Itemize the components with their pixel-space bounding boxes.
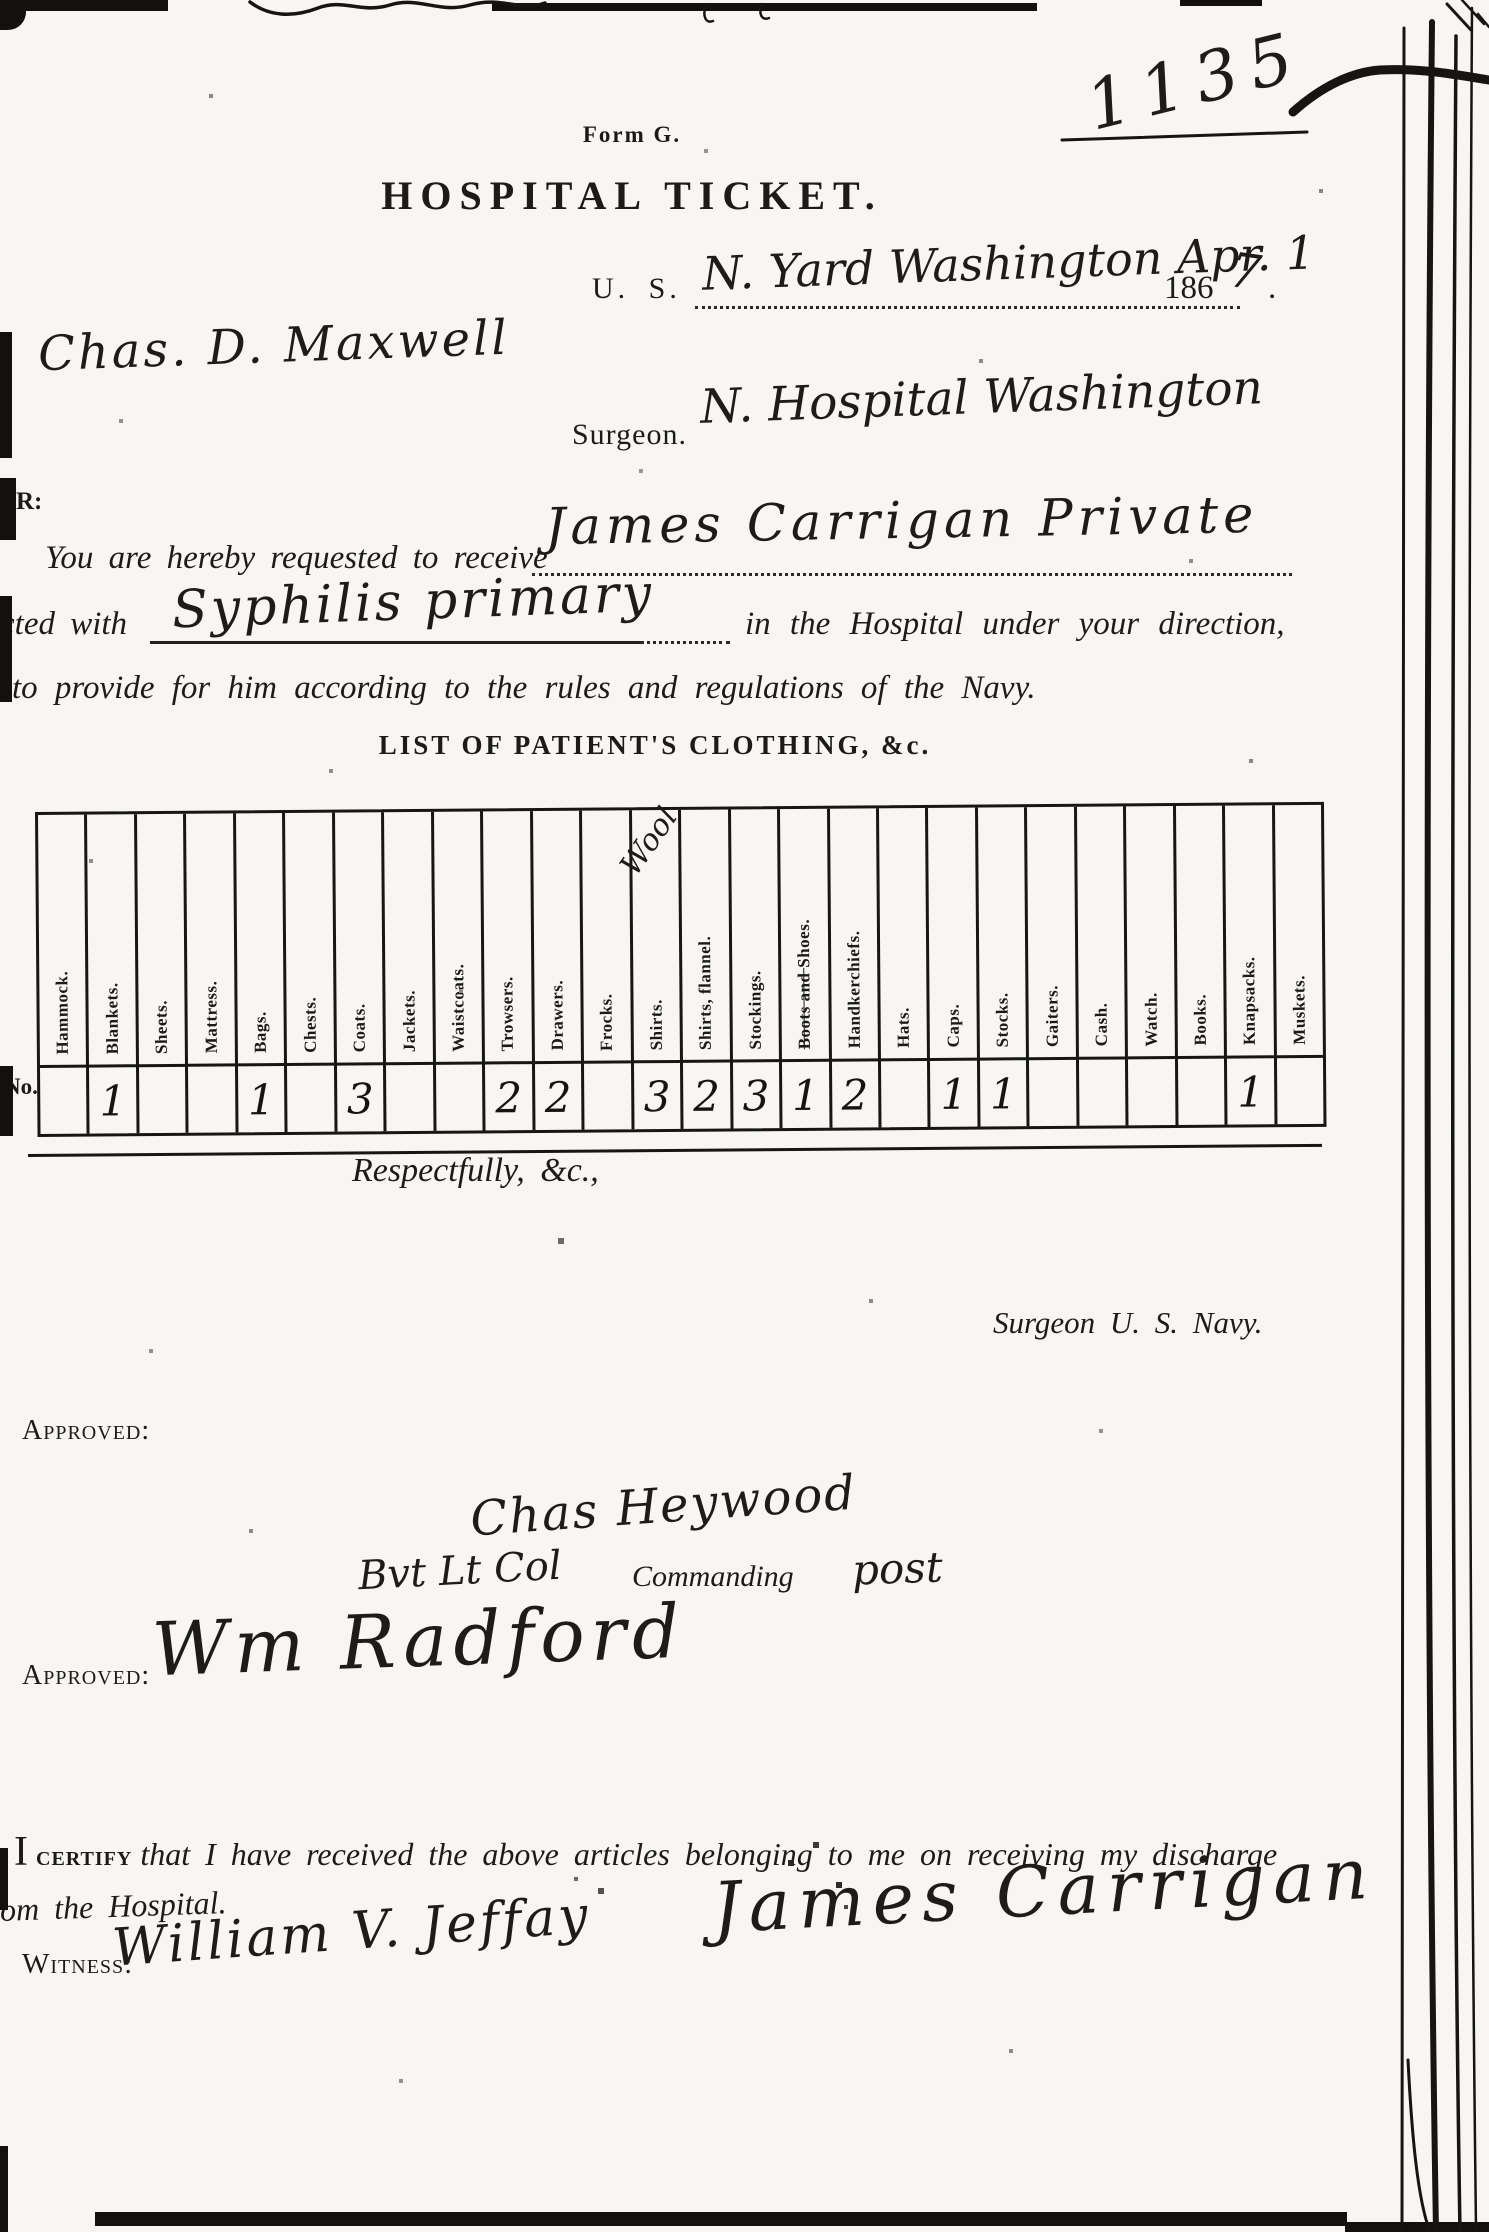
date-prefix: U. S. xyxy=(592,272,681,306)
column-value: 2 xyxy=(831,1061,878,1127)
scan-bar-top-mid xyxy=(492,3,1037,11)
column-value xyxy=(881,1061,928,1127)
column-value xyxy=(40,1068,87,1134)
salutation: R: xyxy=(16,488,42,516)
column-value: 1 xyxy=(782,1062,829,1128)
column-header: Hats. xyxy=(879,808,927,1061)
clothing-column-cash: Cash. xyxy=(1077,806,1129,1125)
column-value: 1 xyxy=(89,1067,136,1133)
clothing-table: Hammock.Blankets.1Sheets.Mattress.Bags.1… xyxy=(35,802,1327,1137)
binding-line-b xyxy=(1428,22,1436,2232)
date-year-printed: 186 xyxy=(1164,270,1214,307)
clothing-column-trowsers: Trowsers.2 xyxy=(483,811,535,1130)
clothing-column-stockings: Stockings.3 xyxy=(731,809,783,1128)
column-header: Shirts, flannel. xyxy=(681,810,729,1063)
column-header: Handkerchiefs. xyxy=(829,808,877,1061)
scan-mark-left-5 xyxy=(0,1848,8,1910)
clothing-column-caps: Caps.1 xyxy=(928,808,980,1127)
column-header: Watch. xyxy=(1126,806,1174,1059)
column-value xyxy=(1128,1059,1175,1125)
clothing-column-boots-and-shoes: Boots and Shoes.1 xyxy=(780,809,832,1128)
clothing-column-coats: Coats.3 xyxy=(335,812,387,1131)
binding-line-e xyxy=(1408,2060,1430,2232)
column-header: Coats. xyxy=(335,812,383,1065)
clothing-column-sheets: Sheets. xyxy=(137,814,189,1133)
clothing-column-gaiters: Gaiters. xyxy=(1027,807,1079,1126)
binding-line-c xyxy=(1453,36,1460,2232)
clothing-column-chests: Chests. xyxy=(285,813,337,1132)
clothing-column-hammock: Hammock. xyxy=(38,815,90,1134)
column-header: Books. xyxy=(1176,806,1224,1059)
column-value xyxy=(584,1063,631,1129)
column-header: Caps. xyxy=(928,808,976,1061)
column-value: 3 xyxy=(733,1062,780,1128)
column-header: Jackets. xyxy=(384,812,432,1065)
clothing-column-bags: Bags.1 xyxy=(236,813,288,1132)
corner-scratch-3 xyxy=(1478,14,1489,27)
provide-line: to provide for him according to the rule… xyxy=(12,670,1036,707)
column-header: Trowsers. xyxy=(483,811,531,1064)
corner-scratch-1 xyxy=(1447,4,1471,30)
date-year-handwritten: 7 xyxy=(1226,242,1264,302)
page-title: HOSPITAL TICKET. xyxy=(0,172,1264,219)
column-header: Sheets. xyxy=(137,814,185,1067)
column-value xyxy=(287,1066,334,1132)
column-value: 3 xyxy=(634,1063,681,1129)
scan-bar-top-right xyxy=(1180,0,1262,6)
date-handwritten: N. Yard Washington Apr. 1 xyxy=(701,225,1316,300)
commanding-officer-signature: Chas Heywood xyxy=(469,1465,859,1548)
column-value xyxy=(1029,1060,1076,1126)
column-header: Waistcoats. xyxy=(434,812,482,1065)
scan-mark-left-4 xyxy=(0,1066,13,1136)
scan-mark-left-2 xyxy=(0,478,16,540)
column-value: 1 xyxy=(980,1060,1027,1126)
column-value xyxy=(1277,1058,1324,1124)
column-value xyxy=(1178,1059,1225,1125)
approved-label-1: Approved: xyxy=(22,1415,150,1447)
clothing-column-drawers: Drawers.2 xyxy=(533,811,585,1130)
approved-label-2: Approved: xyxy=(22,1660,150,1692)
column-value xyxy=(436,1064,483,1130)
column-value: 2 xyxy=(535,1064,582,1130)
column-value: 2 xyxy=(485,1064,532,1130)
respectfully-closing: Respectfully, &c., xyxy=(352,1152,599,1190)
patient-name-entry: James Carrigan Private xyxy=(545,486,1259,557)
date-dotted-line xyxy=(695,306,1240,309)
column-header: Hammock. xyxy=(38,815,86,1068)
affected-printed-left: cted with xyxy=(0,606,127,643)
certify-initial: I xyxy=(14,1829,28,1875)
column-header: Chests. xyxy=(285,813,333,1066)
surgeon-location-handwritten: N. Hospital Washington xyxy=(699,360,1263,435)
clothing-column-blankets: Blankets.1 xyxy=(87,814,139,1133)
hospital-ticket-document: Form G. HOSPITAL TICKET. 1135 U. S. N. Y… xyxy=(0,0,1489,2232)
clothing-column-mattress: Mattress. xyxy=(186,813,238,1132)
corner-scratch-2 xyxy=(1462,0,1484,24)
column-value: 1 xyxy=(1227,1058,1274,1124)
scan-speckles xyxy=(0,0,2,2)
column-value xyxy=(188,1066,235,1132)
scan-mark-left-1 xyxy=(0,332,12,458)
clothing-column-hats: Hats. xyxy=(879,808,931,1127)
diagnosis-underline xyxy=(150,641,640,644)
scan-bar-bottom-right xyxy=(1345,2222,1489,2232)
column-header: Stocks. xyxy=(978,807,1026,1060)
date-period: . xyxy=(1268,270,1276,307)
surgeon-label: Surgeon. xyxy=(572,418,687,452)
clothing-column-watch: Watch. xyxy=(1126,806,1178,1125)
scan-corner-top-left xyxy=(0,0,26,30)
diagnosis-dotted-line xyxy=(640,641,730,644)
column-header: Boots and Shoes. xyxy=(780,809,828,1062)
clothing-column-knapsacks: Knapsacks.1 xyxy=(1225,805,1277,1124)
column-header: Drawers. xyxy=(533,811,581,1064)
clothing-column-waistcoats: Waistcoats. xyxy=(434,811,486,1130)
column-value xyxy=(139,1067,186,1133)
commanding-post-word: post xyxy=(851,1542,943,1594)
addressee-name-handwritten: Chas. D. Maxwell xyxy=(37,310,510,382)
scan-mark-left-3 xyxy=(0,596,12,702)
binding-line-a xyxy=(1398,28,1404,2230)
column-value: 2 xyxy=(683,1063,730,1129)
column-header: Muskets. xyxy=(1275,805,1323,1058)
clothing-column-shirts-flannel: Shirts, flannel.2 xyxy=(681,810,733,1129)
certify-word: certify xyxy=(36,1841,132,1872)
column-value: 3 xyxy=(337,1065,384,1131)
column-header: Gaiters. xyxy=(1027,807,1075,1060)
clothing-column-books: Books. xyxy=(1176,806,1228,1125)
scan-mark-left-6 xyxy=(0,2146,8,2232)
column-header: Blankets. xyxy=(87,814,135,1067)
column-value xyxy=(386,1065,433,1131)
column-value: 1 xyxy=(930,1061,977,1127)
column-header: Mattress. xyxy=(186,813,234,1066)
affected-printed-right: in the Hospital under your direction, xyxy=(745,606,1285,643)
column-value xyxy=(1079,1059,1126,1125)
radford-signature: Wm Radford xyxy=(151,1589,687,1694)
form-label: Form G. xyxy=(0,122,1264,148)
column-header: Knapsacks. xyxy=(1225,805,1273,1058)
binding-line-d xyxy=(1469,8,1476,2228)
clothing-column-stocks: Stocks.1 xyxy=(978,807,1030,1126)
catalog-hook-stroke xyxy=(1293,70,1489,112)
commanding-officer-rank: Bvt Lt Col xyxy=(357,1543,563,1600)
column-header: Cash. xyxy=(1077,806,1125,1059)
clothing-column-muskets: Muskets. xyxy=(1275,805,1324,1124)
table-bottom-double-rule xyxy=(28,1144,1322,1157)
clothing-column-handkerchiefs: Handkerchiefs.2 xyxy=(829,808,881,1127)
column-value: 1 xyxy=(238,1066,285,1132)
column-header: Bags. xyxy=(236,813,284,1066)
column-header: Stockings. xyxy=(731,809,779,1062)
clothing-list-title: LIST OF PATIENT'S CLOTHING, &c. xyxy=(0,730,1310,761)
clothing-column-jackets: Jackets. xyxy=(384,812,436,1131)
scan-bar-bottom xyxy=(95,2212,1347,2226)
surgeon-navy-line: Surgeon U. S. Navy. xyxy=(993,1305,1263,1341)
